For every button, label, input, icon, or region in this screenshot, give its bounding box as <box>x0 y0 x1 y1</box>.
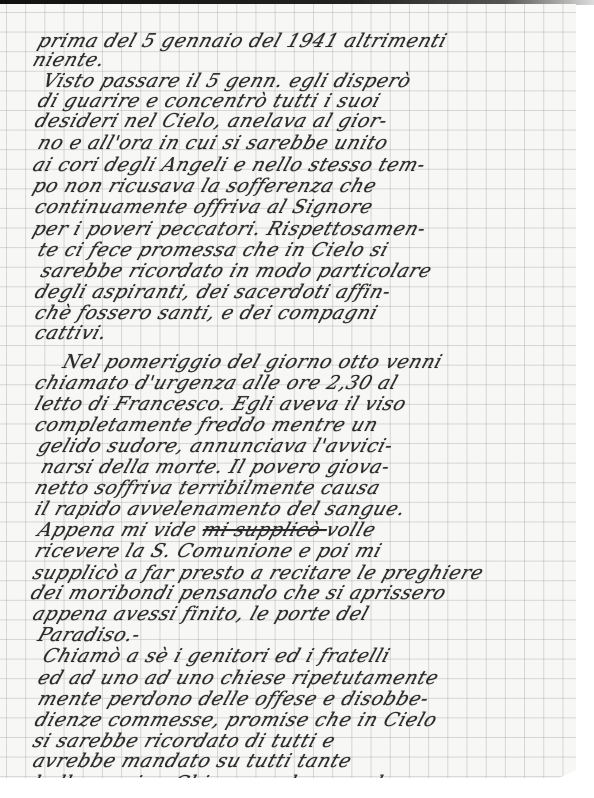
handwritten-line: avrebbe mandato su tutti tante <box>30 750 355 772</box>
handwritten-line: si sarebbe ricordato di tutti e <box>30 730 338 752</box>
handwritten-line: dienze commesse, promise che in Cielo <box>32 709 440 731</box>
handwritten-line: completamente freddo mentre un <box>32 414 381 436</box>
handwritten-line: sarebbe ricordato in modo particolare <box>38 260 435 282</box>
handwritten-line: chè fossero santi, e dei compagni <box>32 302 381 324</box>
notebook-page: prima del 5 gennaio del 1941 altrimentin… <box>0 4 576 778</box>
handwritten-line: desideri nel Cielo, anelava al gior- <box>32 110 391 132</box>
handwritten-line: ricevere la S. Comunione e poi mi <box>32 540 385 562</box>
handwritten-line: per i poveri peccatori. Rispettosamen- <box>30 218 429 240</box>
handwritten-line: netto soffriva terribilmente causa <box>32 477 383 499</box>
handwritten-line: il rapido avvelenamento del sangue. <box>32 498 409 520</box>
handwritten-line: ed ad uno ad uno chiese ripetutamente <box>35 667 442 689</box>
handwritten-line: dei moribondi pensando che si aprissero <box>28 582 449 604</box>
handwritten-line: ai cori degli Angeli e nello stesso tem- <box>30 154 429 176</box>
handwritten-line: degli aspiranti, dei sacerdoti affin- <box>32 281 394 303</box>
handwritten-text: prima del 5 gennaio del 1941 altrimentin… <box>0 4 576 778</box>
handwritten-line: Visto passare il 5 genn. egli disperò <box>40 70 414 92</box>
handwritten-line: belle grazie.- Chiese perdono anche <box>30 772 404 794</box>
handwritten-line: di guarire e concentrò tutti i suoi <box>35 90 383 112</box>
handwritten-line: cattivi. <box>32 322 110 344</box>
handwritten-line: letto di Francesco. Egli aveva il viso <box>32 393 409 415</box>
handwritten-line: po non ricusava la sofferenza che <box>30 175 380 197</box>
handwritten-line: Chiamò a sè i genitori ed i fratelli <box>40 645 393 667</box>
struck-text: mi supplicò <box>199 519 330 541</box>
handwritten-line: niente. <box>30 49 108 71</box>
handwritten-line: narsi della morte. Il povero giova- <box>38 456 393 478</box>
handwritten-line: Paradiso.- <box>35 624 143 646</box>
handwritten-line: Appena mi vide mi supplicò volle <box>35 519 379 541</box>
handwritten-line: te ci fece promessa che in Cielo si <box>35 239 392 261</box>
handwritten-line: supplicò a far presto a recitare le preg… <box>30 562 487 584</box>
handwritten-line: no e all'ora in cui si sarebbe unito <box>35 132 391 154</box>
handwritten-line: appena avessi finito, le porte del <box>30 603 372 625</box>
handwritten-line: mente perdono delle offese e disobbe- <box>35 688 432 710</box>
handwritten-line: gelido sudore, annunciava l'avvici- <box>35 435 396 457</box>
handwritten-line: Nel pomeriggio del giorno otto venni <box>60 351 445 373</box>
handwritten-line: continuamente offriva al Signore <box>32 196 376 218</box>
handwritten-line: chiamato d'urgenza alle ore 2,30 al <box>32 372 401 394</box>
